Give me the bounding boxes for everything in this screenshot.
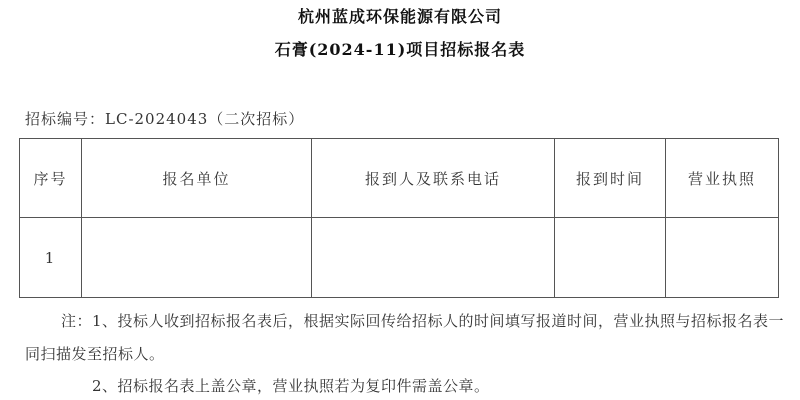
cell-report-time[interactable] (555, 218, 666, 298)
registration-table: 序号 报名单位 报到人及联系电话 报到时间 营业执照 1 (19, 138, 779, 298)
table-header-row: 序号 报名单位 报到人及联系电话 报到时间 营业执照 (20, 139, 779, 218)
form-title: 石膏(2024-11)项目招标报名表 (0, 37, 800, 60)
cell-contact-person-phone[interactable] (312, 218, 555, 298)
cell-business-license[interactable] (666, 218, 779, 298)
table-row: 1 (20, 218, 779, 298)
header-registering-unit: 报名单位 (82, 139, 312, 218)
note-2: 2、招标报名表上盖公章，营业执照若为复印件需盖公章。 (92, 375, 490, 396)
company-name: 杭州蓝成环保能源有限公司 (0, 4, 800, 27)
cell-registering-unit[interactable] (82, 218, 312, 298)
cell-serial-number: 1 (20, 218, 82, 298)
note-1: 注：1、投标人收到招标报名表后，根据实际回传给招标人的时间填写报道时间，营业执照… (25, 305, 785, 371)
header-business-license: 营业执照 (666, 139, 779, 218)
header-report-time: 报到时间 (555, 139, 666, 218)
header-contact-person-phone: 报到人及联系电话 (312, 139, 555, 218)
bid-number: 招标编号：LC-2024043（二次招标） (25, 108, 304, 129)
header-serial-number: 序号 (20, 139, 82, 218)
